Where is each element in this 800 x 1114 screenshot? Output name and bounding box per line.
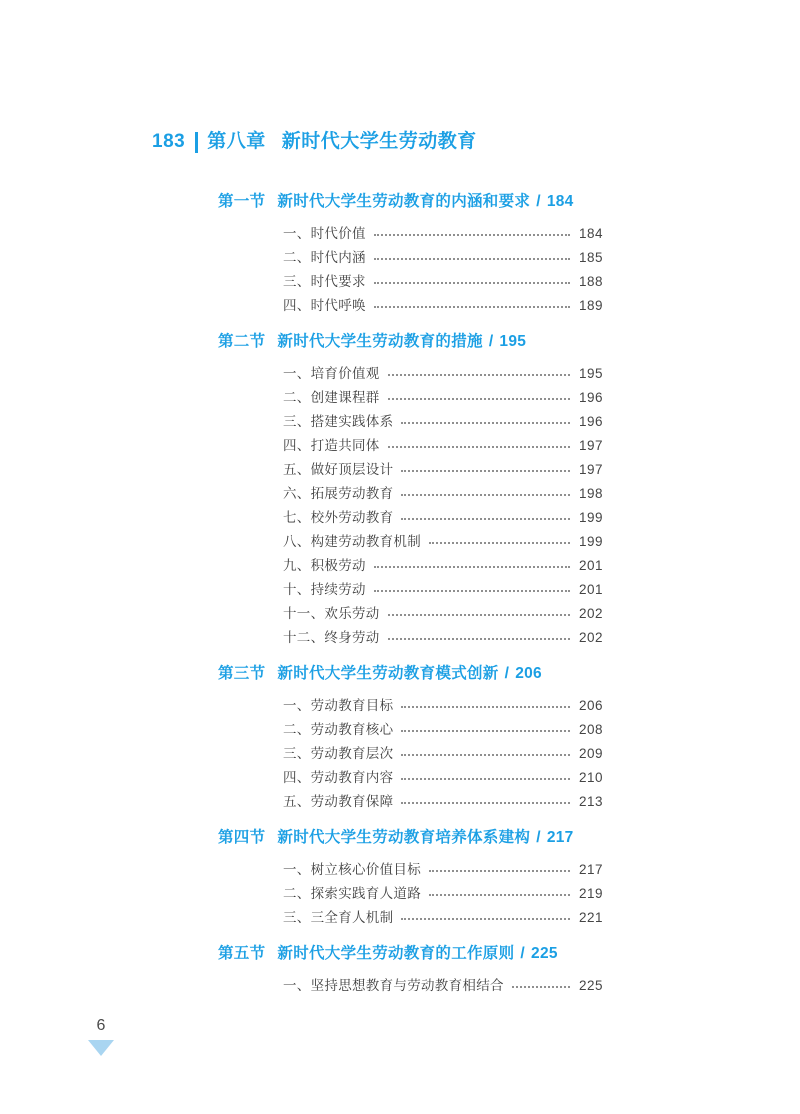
toc-item-page: 197 (579, 458, 603, 482)
section-header[interactable]: 第一节 新时代大学生劳动教育的内涵和要求 / 184 (218, 192, 603, 212)
dot-leader (401, 494, 570, 496)
dot-leader (401, 918, 570, 920)
toc-content: 183 第八章 新时代大学生劳动教育 第一节 新时代大学生劳动教育的内涵和要求 … (0, 0, 800, 998)
section-title: 新时代大学生劳动教育培养体系建构 (277, 828, 530, 848)
section-separator: / (520, 944, 525, 964)
toc-item-page: 202 (579, 626, 603, 650)
section-items: 一、坚持思想教育与劳动教育相结合 225 (283, 974, 603, 998)
toc-item-text: 三、时代要求 (283, 270, 366, 294)
dot-leader (401, 778, 570, 780)
section-title: 新时代大学生劳动教育模式创新 (277, 664, 498, 684)
dot-leader (388, 398, 570, 400)
toc-item-text: 五、劳动教育保障 (283, 790, 393, 814)
toc-item-page: 210 (579, 766, 603, 790)
toc-item-page: 197 (579, 434, 603, 458)
toc-item[interactable]: 二、创建课程群 196 (283, 386, 603, 410)
toc-item[interactable]: 二、劳动教育核心 208 (283, 718, 603, 742)
dot-leader (429, 894, 570, 896)
toc-item[interactable]: 五、做好顶层设计 197 (283, 458, 603, 482)
toc-item-page: 221 (579, 906, 603, 930)
section-items: 一、劳动教育目标 206 二、劳动教育核心 208 三、劳动教育层次 209 四… (283, 694, 603, 814)
chapter-label: 第八章 (207, 130, 266, 154)
toc-item-text: 一、培育价值观 (283, 362, 380, 386)
toc-item-page: 201 (579, 554, 603, 578)
toc-item[interactable]: 六、拓展劳动教育 198 (283, 482, 603, 506)
dot-leader (401, 730, 570, 732)
chapter-title: 新时代大学生劳动教育 (282, 130, 477, 154)
section-label: 第五节 (218, 944, 265, 964)
section-page-number: 225 (531, 944, 558, 964)
section-items: 一、培育价值观 195 二、创建课程群 196 三、搭建实践体系 196 四、打… (283, 362, 603, 650)
toc-item-page: 206 (579, 694, 603, 718)
section-title: 新时代大学生劳动教育的工作原则 (277, 944, 514, 964)
toc-item-text: 一、树立核心价值目标 (283, 858, 421, 882)
section-header[interactable]: 第五节 新时代大学生劳动教育的工作原则 / 225 (218, 944, 603, 964)
toc-item-page: 199 (579, 530, 603, 554)
toc-item-text: 八、构建劳动教育机制 (283, 530, 421, 554)
toc-item[interactable]: 四、打造共同体 197 (283, 434, 603, 458)
dot-leader (374, 590, 570, 592)
toc-item-page: 225 (579, 974, 603, 998)
section-page-number: 206 (515, 664, 542, 684)
toc-item-page: 184 (579, 222, 603, 246)
chapter-divider-bar (195, 132, 198, 153)
dot-leader (388, 638, 570, 640)
toc-item-page: 202 (579, 602, 603, 626)
dot-leader (374, 258, 570, 260)
section-header[interactable]: 第三节 新时代大学生劳动教育模式创新 / 206 (218, 664, 603, 684)
toc-item-text: 二、劳动教育核心 (283, 718, 393, 742)
toc-item-text: 四、劳动教育内容 (283, 766, 393, 790)
toc-item-page: 199 (579, 506, 603, 530)
section-title: 新时代大学生劳动教育的内涵和要求 (277, 192, 530, 212)
toc-section: 第四节 新时代大学生劳动教育培养体系建构 / 217 一、树立核心价值目标 21… (218, 828, 603, 930)
dot-leader (401, 518, 570, 520)
toc-item-text: 四、打造共同体 (283, 434, 380, 458)
book-toc-page: 183 第八章 新时代大学生劳动教育 第一节 新时代大学生劳动教育的内涵和要求 … (0, 0, 800, 1114)
toc-item[interactable]: 十、持续劳动 201 (283, 578, 603, 602)
chapter-heading[interactable]: 183 第八章 新时代大学生劳动教育 (152, 130, 603, 154)
toc-section: 第三节 新时代大学生劳动教育模式创新 / 206 一、劳动教育目标 206 二、… (218, 664, 603, 814)
toc-item[interactable]: 一、劳动教育目标 206 (283, 694, 603, 718)
toc-item-text: 十、持续劳动 (283, 578, 366, 602)
toc-item-text: 三、劳动教育层次 (283, 742, 393, 766)
section-page-number: 184 (547, 192, 574, 212)
toc-item[interactable]: 三、三全育人机制 221 (283, 906, 603, 930)
toc-item-page: 208 (579, 718, 603, 742)
toc-item[interactable]: 十二、终身劳动 202 (283, 626, 603, 650)
dot-leader (401, 470, 570, 472)
toc-item-text: 二、时代内涵 (283, 246, 366, 270)
toc-item-text: 九、积极劳动 (283, 554, 366, 578)
section-label: 第三节 (218, 664, 265, 684)
toc-item-text: 三、搭建实践体系 (283, 410, 393, 434)
toc-item-page: 219 (579, 882, 603, 906)
dot-leader (401, 802, 570, 804)
toc-item-text: 一、坚持思想教育与劳动教育相结合 (283, 974, 504, 998)
toc-item-text: 四、时代呼唤 (283, 294, 366, 318)
toc-item-text: 三、三全育人机制 (283, 906, 393, 930)
toc-item[interactable]: 二、探索实践育人道路 219 (283, 882, 603, 906)
toc-section: 第二节 新时代大学生劳动教育的措施 / 195 一、培育价值观 195 二、创建… (218, 332, 603, 650)
toc-item-page: 217 (579, 858, 603, 882)
section-label: 第四节 (218, 828, 265, 848)
chapter-page-number: 183 (152, 130, 185, 154)
dot-leader (374, 306, 570, 308)
toc-item-page: 196 (579, 410, 603, 434)
dot-leader (374, 234, 570, 236)
triangle-down-icon (88, 1040, 114, 1056)
section-title: 新时代大学生劳动教育的措施 (277, 332, 482, 352)
toc-item-text: 六、拓展劳动教育 (283, 482, 393, 506)
page-footer: 6 (84, 1016, 118, 1056)
section-items: 一、时代价值 184 二、时代内涵 185 三、时代要求 188 四、时代呼唤 … (283, 222, 603, 318)
toc-item-text: 二、探索实践育人道路 (283, 882, 421, 906)
toc-item-text: 二、创建课程群 (283, 386, 380, 410)
toc-item[interactable]: 八、构建劳动教育机制 199 (283, 530, 603, 554)
toc-item-page: 195 (579, 362, 603, 386)
section-separator: / (489, 332, 494, 352)
dot-leader (429, 542, 570, 544)
dot-leader (374, 282, 570, 284)
dot-leader (401, 706, 570, 708)
toc-item[interactable]: 一、培育价值观 195 (283, 362, 603, 386)
toc-item-page: 196 (579, 386, 603, 410)
toc-item-page: 213 (579, 790, 603, 814)
toc-item[interactable]: 七、校外劳动教育 199 (283, 506, 603, 530)
toc-item[interactable]: 三、时代要求 188 (283, 270, 603, 294)
toc-item[interactable]: 三、搭建实践体系 196 (283, 410, 603, 434)
dot-leader (401, 754, 570, 756)
toc-item[interactable]: 五、劳动教育保障 213 (283, 790, 603, 814)
toc-item[interactable]: 二、时代内涵 185 (283, 246, 603, 270)
toc-item-page: 185 (579, 246, 603, 270)
dot-leader (388, 374, 570, 376)
dot-leader (429, 870, 570, 872)
footer-page-number: 6 (84, 1016, 118, 1036)
toc-item[interactable]: 九、积极劳动 201 (283, 554, 603, 578)
toc-sections: 第一节 新时代大学生劳动教育的内涵和要求 / 184 一、时代价值 184 二、… (218, 192, 603, 998)
section-separator: / (536, 828, 541, 848)
toc-item-page: 188 (579, 270, 603, 294)
toc-item-page: 198 (579, 482, 603, 506)
toc-item[interactable]: 十一、欢乐劳动 202 (283, 602, 603, 626)
section-header[interactable]: 第二节 新时代大学生劳动教育的措施 / 195 (218, 332, 603, 352)
toc-item-page: 201 (579, 578, 603, 602)
toc-item-text: 七、校外劳动教育 (283, 506, 393, 530)
dot-leader (401, 422, 570, 424)
section-page-number: 217 (547, 828, 574, 848)
toc-item[interactable]: 一、树立核心价值目标 217 (283, 858, 603, 882)
dot-leader (374, 566, 570, 568)
section-page-number: 195 (499, 332, 526, 352)
toc-item[interactable]: 三、劳动教育层次 209 (283, 742, 603, 766)
toc-item[interactable]: 一、坚持思想教育与劳动教育相结合 225 (283, 974, 603, 998)
toc-item[interactable]: 一、时代价值 184 (283, 222, 603, 246)
section-label: 第二节 (218, 332, 265, 352)
section-separator: / (505, 664, 510, 684)
section-header[interactable]: 第四节 新时代大学生劳动教育培养体系建构 / 217 (218, 828, 603, 848)
toc-item[interactable]: 四、时代呼唤 189 (283, 294, 603, 318)
toc-item-text: 一、时代价值 (283, 222, 366, 246)
toc-item-page: 189 (579, 294, 603, 318)
section-label: 第一节 (218, 192, 265, 212)
dot-leader (388, 446, 570, 448)
dot-leader (512, 986, 570, 988)
toc-section: 第五节 新时代大学生劳动教育的工作原则 / 225 一、坚持思想教育与劳动教育相… (218, 944, 603, 998)
toc-item-text: 一、劳动教育目标 (283, 694, 393, 718)
toc-item-text: 十一、欢乐劳动 (283, 602, 380, 626)
section-separator: / (536, 192, 541, 212)
toc-item-page: 209 (579, 742, 603, 766)
toc-item[interactable]: 四、劳动教育内容 210 (283, 766, 603, 790)
section-items: 一、树立核心价值目标 217 二、探索实践育人道路 219 三、三全育人机制 2… (283, 858, 603, 930)
dot-leader (388, 614, 570, 616)
toc-item-text: 十二、终身劳动 (283, 626, 380, 650)
toc-item-text: 五、做好顶层设计 (283, 458, 393, 482)
toc-section: 第一节 新时代大学生劳动教育的内涵和要求 / 184 一、时代价值 184 二、… (218, 192, 603, 318)
